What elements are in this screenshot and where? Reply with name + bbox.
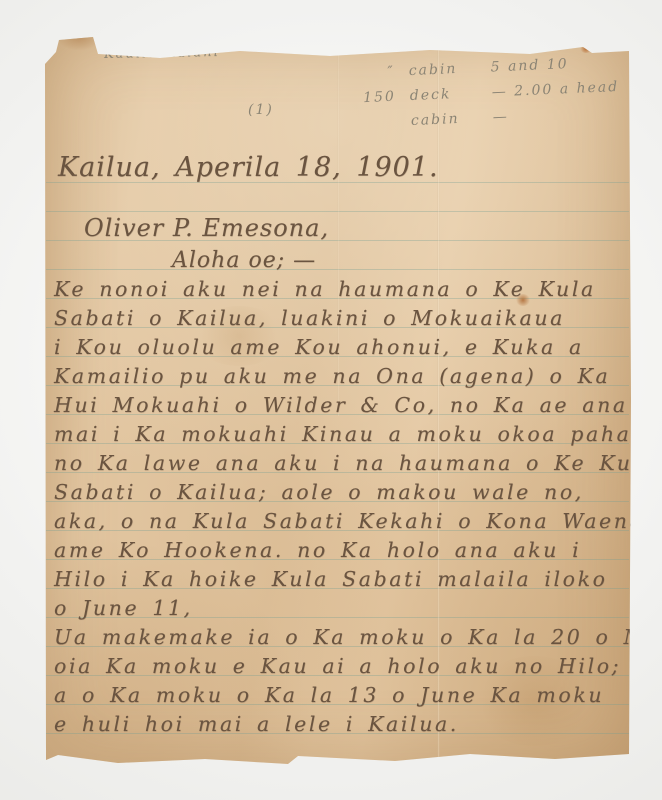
letter-line: Kamailio pu aku me na Ona (agena) o Ka [54,362,626,391]
note-qty: ″ [329,63,410,82]
letter-line: i Kou oluolu ame Kou ahonui, e Kuka a [54,333,626,362]
letter-line: e huli hoi mai a lele i Kailua. [54,710,626,739]
letter-line: a o Ka moku o Ka la 13 o June Ka moku [54,681,626,710]
note-class: cabin [408,60,491,80]
letter-line: ame Ko Hookena. no Ka holo ana aku i [54,536,626,565]
letter-line: oia Ka moku e Kau ai a holo aku no Hilo; [54,652,626,681]
letter-line: Sabati o Kailua; aole o makou wale no, [54,478,626,507]
letter-line: no Ka lawe ana aku i na haumana o Ke Kul… [54,449,626,478]
letter-line: Ua makemake ia o Ka moku o Ka la 20 o Ma… [54,623,626,652]
letter-line: Ke nonoi aku nei na haumana o Ke Kula [54,275,626,304]
letter-line: aka, o na Kula Sabati Kekahi o Kona Waen… [54,507,626,536]
pencil-page-mark: (1) [248,102,274,118]
letter-recipient: Oliver P. Emesona, [84,214,329,242]
letter-line: Sabati o Kailua, luakini o Mokuaikaua [54,304,626,333]
letter-line: mai i Ka mokuahi Kinau a moku okoa paha, [54,420,626,449]
letter-body: Ke nonoi aku nei na haumana o Ke Kula Sa… [54,275,626,739]
letter-line: o June 11, [54,594,626,623]
note-price: 5 and 10 [490,53,629,75]
note-qty: 150 [330,88,411,107]
letter-line: Hui Mokuahi o Wilder & Co, no Ka ae ana [54,391,626,420]
letter-line: Hilo i Ka hoike Kula Sabati malaila ilok… [54,565,626,594]
letter-salutation: Aloha oe; — [172,248,316,273]
letter-page: Kauilaokalani (1) ″ cabin 5 and 10 150 d… [44,36,631,764]
note-class: cabin [411,109,494,129]
note-qty [331,125,411,128]
letter-dateline: Kailua, Aperila 18, 1901. [58,152,439,183]
note-class: deck [410,84,493,104]
pencil-shipping-notes: ″ cabin 5 and 10 150 deck — 2.00 a head … [329,53,632,141]
